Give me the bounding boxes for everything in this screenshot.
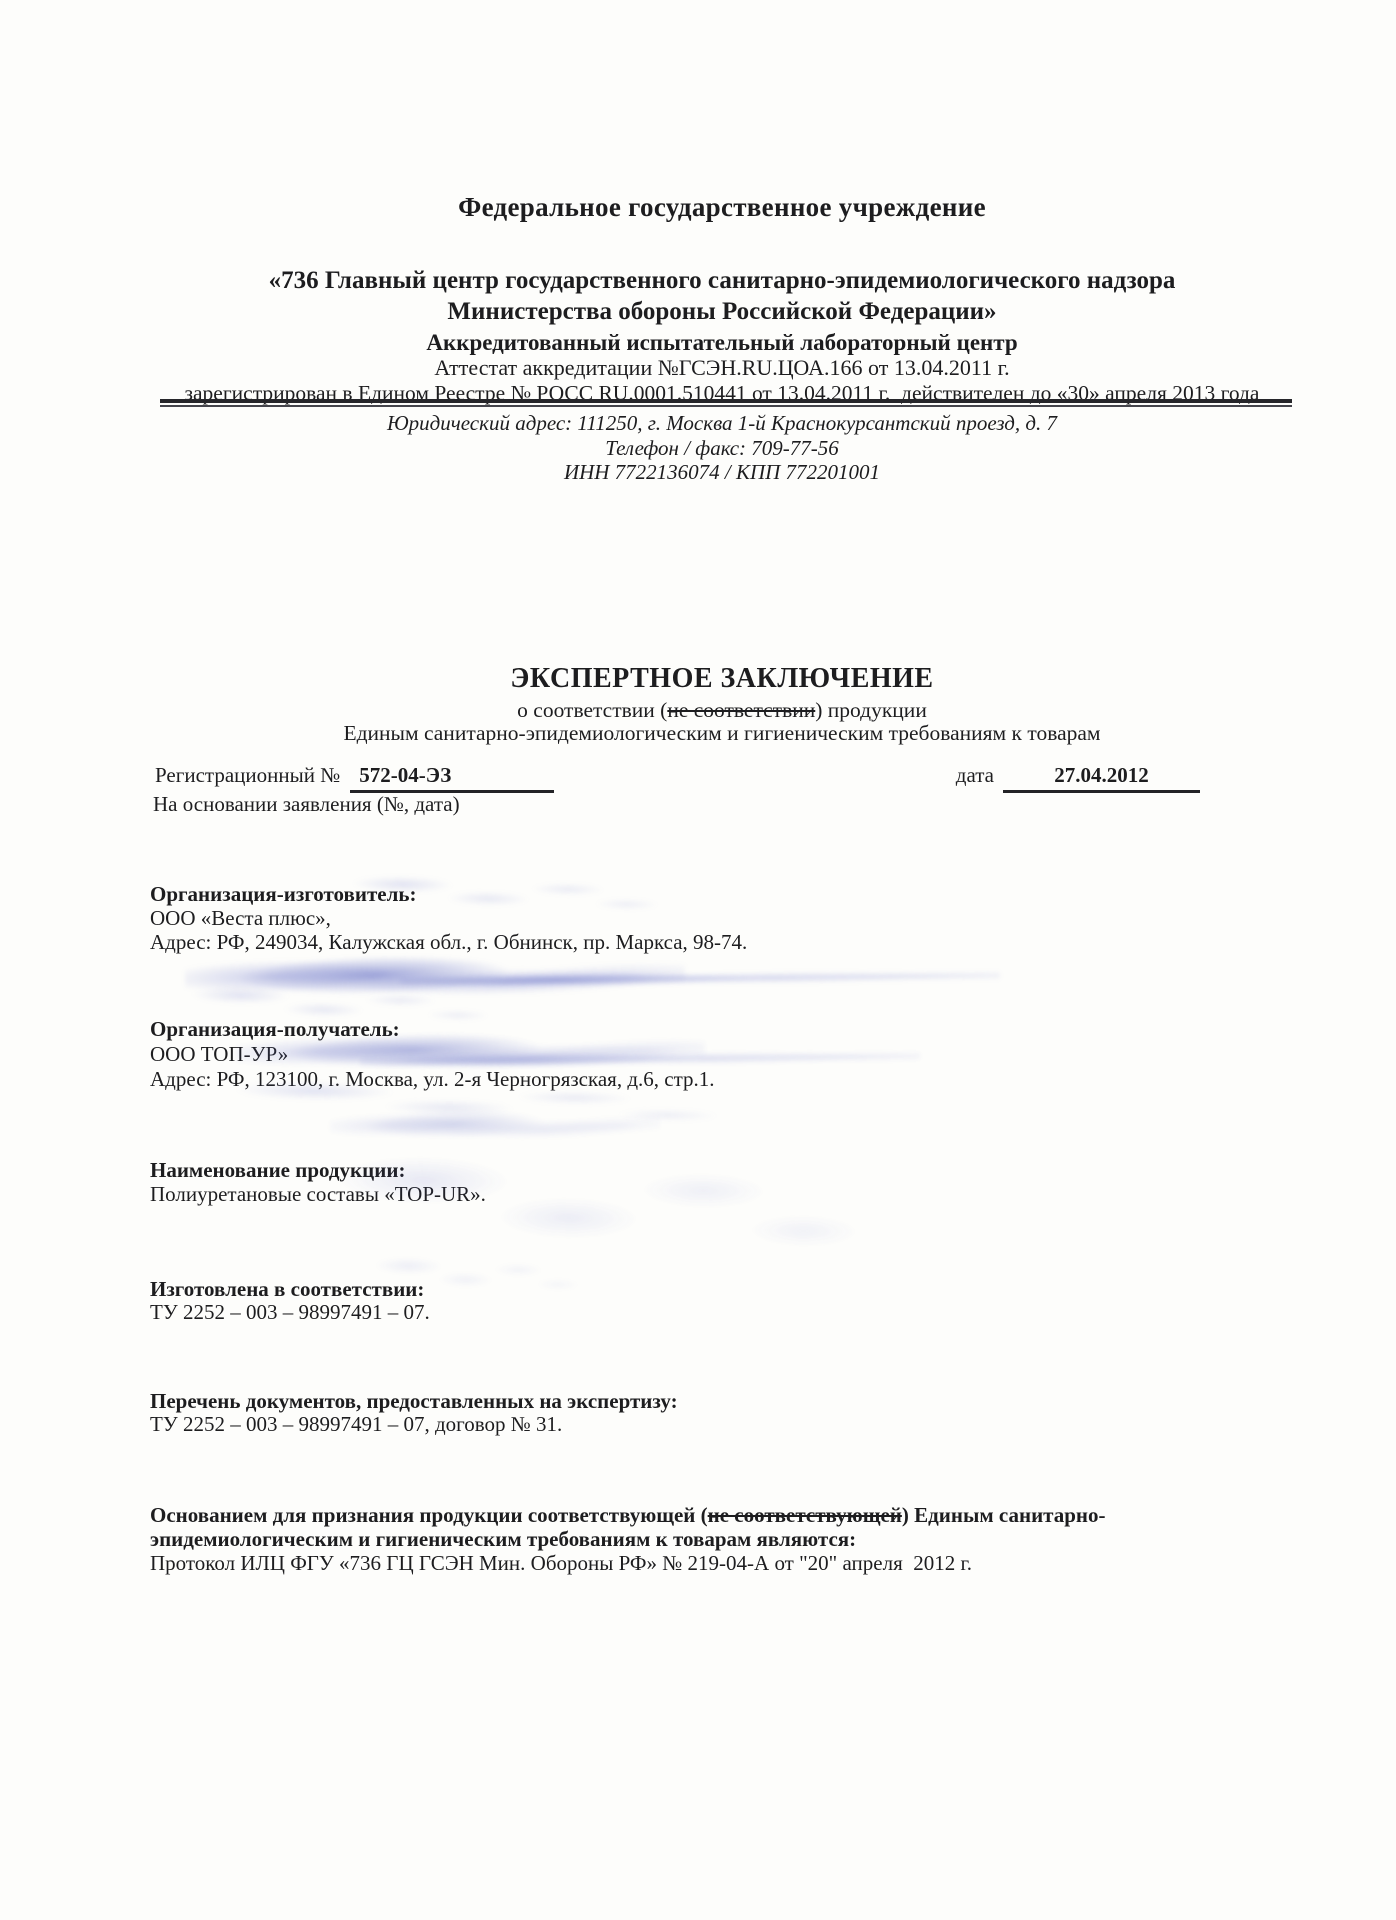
phone-fax-line: Телефон / факс: 709-77-56: [48, 436, 1396, 462]
made-per-label: Изготовлена в соответствии:: [150, 1278, 430, 1301]
application-basis-line: На основании заявления (№, дата): [153, 792, 460, 817]
recipient-address: Адрес: РФ, 123100, г. Москва, ул. 2-я Че…: [150, 1067, 715, 1092]
manufacturer-section: Организация-изготовитель: ООО «Веста плю…: [150, 882, 747, 954]
registration-row: Регистрационный № 572-04-ЭЗ дата 27.04.2…: [155, 763, 1200, 793]
conclusion-protocol-line: Протокол ИЛЦ ФГУ «736 ГЦ ГСЭН Мин. Оборо…: [150, 1551, 1106, 1575]
recipient-label: Организация-получатель:: [150, 1017, 715, 1042]
subtitle-prefix: о соответствии (: [517, 698, 667, 722]
ink-smudge: [184, 945, 685, 1006]
documents-label: Перечень документов, предоставленных на …: [150, 1390, 678, 1413]
product-label: Наименование продукции:: [150, 1158, 486, 1182]
letterhead-rule: [160, 399, 1292, 407]
institution-type-line: Федеральное государственное учреждение: [48, 191, 1396, 224]
attestation-line: Аттестат аккредитации №ГСЭН.RU.ЦОА.166 о…: [48, 355, 1396, 382]
recipient-name: ООО ТОП-УР»: [150, 1042, 715, 1067]
registration-number-value: 572-04-ЭЗ: [350, 763, 554, 793]
inn-kpp-line: ИНН 7722136074 / КПП 772201001: [48, 460, 1396, 486]
conclusion-line-2: эпидемиологическим и гигиеническим требо…: [150, 1527, 1106, 1551]
manufacturer-label: Организация-изготовитель:: [150, 882, 747, 906]
conclusion-line-1: Основанием для признания продукции соотв…: [150, 1503, 1106, 1527]
doc-subtitle-line-2: Единым санитарно-эпидемиологическим и ги…: [48, 720, 1396, 746]
product-value: Полиуретановые составы «TOP-UR».: [150, 1182, 486, 1206]
documents-value: ТУ 2252 – 003 – 98997491 – 07, договор №…: [150, 1413, 678, 1436]
made-per-value: ТУ 2252 – 003 – 98997491 – 07.: [150, 1301, 430, 1324]
product-section: Наименование продукции: Полиуретановые с…: [150, 1158, 486, 1206]
conclusion-section: Основанием для признания продукции соотв…: [150, 1503, 1106, 1575]
conclusion-struck-text: не соответствующей: [708, 1503, 902, 1527]
doc-title: ЭКСПЕРТНОЕ ЗАКЛЮЧЕНИЕ: [48, 662, 1396, 696]
manufacturer-address: Адрес: РФ, 249034, Калужская обл., г. Об…: [150, 930, 747, 954]
registration-number-label: Регистрационный №: [155, 763, 340, 788]
accredited-lab-line: Аккредитованный испытательный лабораторн…: [48, 329, 1396, 357]
subtitle-struck-text: не соответствии: [667, 698, 815, 722]
institution-name-line-2: Министерства обороны Российской Федераци…: [48, 297, 1396, 328]
date-label: дата: [956, 763, 994, 788]
conclusion-suffix: ) Единым санитарно-: [902, 1503, 1106, 1527]
document-page: Федеральное государственное учреждение «…: [0, 0, 1396, 1920]
date-value: 27.04.2012: [1003, 763, 1200, 793]
institution-name-line-1: «736 Главный центр государственного сани…: [48, 266, 1396, 297]
ink-smudge: [330, 1104, 661, 1147]
documents-section: Перечень документов, предоставленных на …: [150, 1390, 678, 1436]
legal-address-line: Юридический адрес: 111250, г. Москва 1-й…: [48, 411, 1396, 437]
ink-smudge: [400, 969, 1000, 988]
manufacturer-name: ООО «Веста плюс»,: [150, 906, 747, 930]
subtitle-suffix: ) продукции: [815, 698, 927, 722]
conclusion-prefix: Основанием для признания продукции соотв…: [150, 1503, 708, 1527]
made-per-section: Изготовлена в соответствии: ТУ 2252 – 00…: [150, 1278, 430, 1324]
recipient-section: Организация-получатель: ООО ТОП-УР» Адре…: [150, 1017, 715, 1092]
